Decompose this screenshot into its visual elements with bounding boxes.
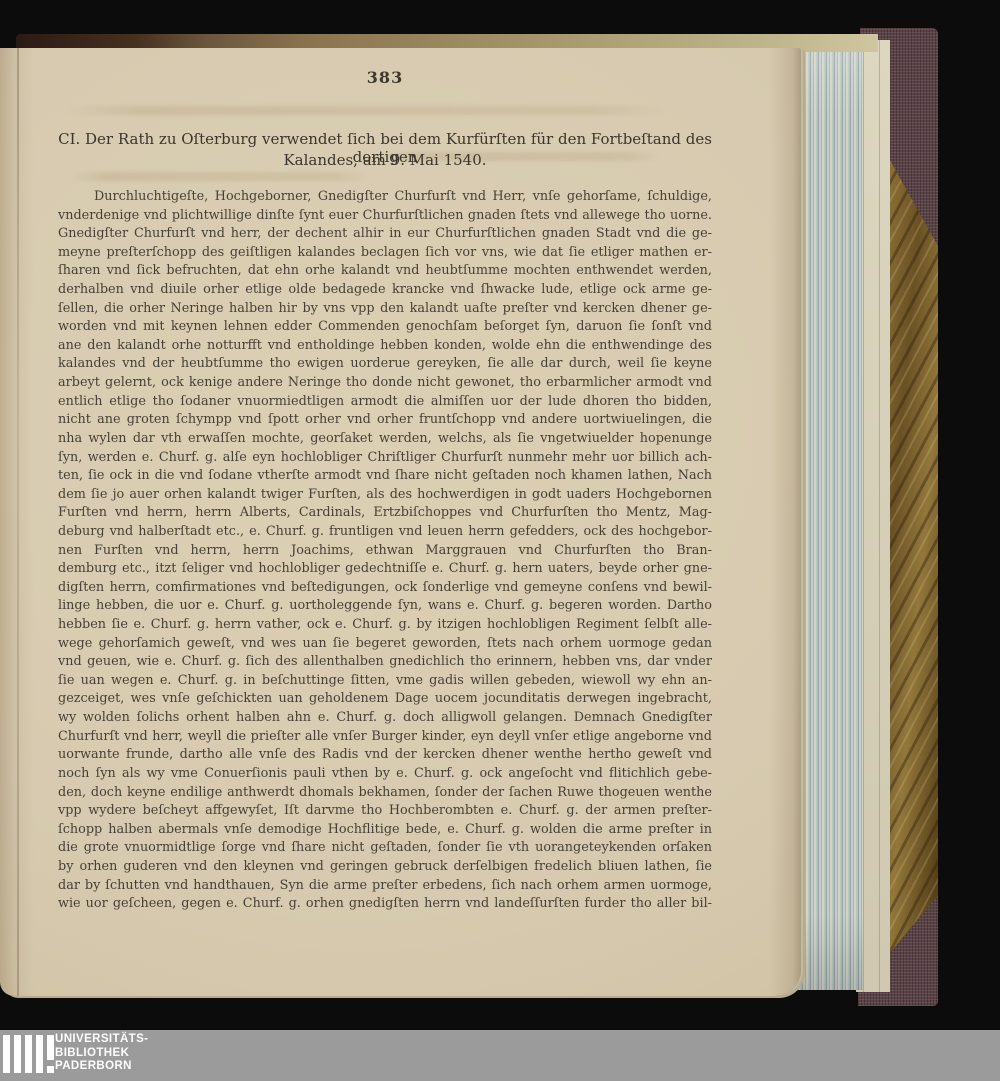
body-line: dem ſie jo auer orhen kalandt twiger Fur… [58, 486, 712, 505]
body-line: uorwante frunde, dartho alle vnſe des Ra… [58, 746, 712, 765]
body-line: ſyn, werden e. Churf. g. alſe eyn hochlo… [58, 449, 712, 468]
page-number: 383 [58, 68, 712, 87]
body-line: den, doch keyne endilige anthwerdt dhoma… [58, 784, 712, 803]
body-line: nen Furſten vnd herrn, herrn Joachims, e… [58, 542, 712, 561]
body-line: nha wylen dar vth erwaſſen mochte, georſ… [58, 430, 712, 449]
university-library-logo [3, 1035, 49, 1076]
body-line: ſharen vnd ſick befruchten, dat ehn orhe… [58, 262, 712, 281]
library-name-line: PADERBORN [55, 1060, 148, 1074]
library-name: UNIVERSITÄTS- BIBLIOTHEK PADERBORN [55, 1033, 148, 1074]
body-line: derhalben vnd diuile orher etlige olde b… [58, 281, 712, 300]
body-line: arbeyt gelernt, ock kenige andere Nering… [58, 374, 712, 393]
document-heading-line2: Kalandes, am 9. Mai 1540. [56, 151, 714, 169]
footer-bar: UNIVERSITÄTS- BIBLIOTHEK PADERBORN [0, 1030, 1000, 1081]
body-line: Furſten vnd herrn, herrn Alberts, Cardin… [58, 504, 712, 523]
body-line: wy wolden ſolichs orhent halben ahn e. C… [58, 709, 712, 728]
body-line: dar by ſchutten vnd handthauen, Syn die … [58, 877, 712, 896]
logo-exclamation-dot-icon [47, 1066, 54, 1073]
body-line: ten, ſie ock in die vnd ſodane vtherſte … [58, 467, 712, 486]
library-name-line: BIBLIOTHEK [55, 1047, 148, 1061]
body-line: meyne preſterſchopp des geiſtligen kalan… [58, 244, 712, 263]
body-line: entlich etlige tho ſodaner vnuormiedtlig… [58, 393, 712, 412]
body-line: ſchopp halben abermals vnſe demodige Hoc… [58, 821, 712, 840]
body-line: ane den kalandt orhe notturfft vnd entho… [58, 337, 712, 356]
logo-exclamation-icon [47, 1035, 54, 1060]
body-line: vpp wydere beſcheyt affgewyſet, Iſt darv… [58, 802, 712, 821]
body-line: by orhen guderen vnd den kleynen vnd ger… [58, 858, 712, 877]
body-line: gezceiget, wes vnſe geſchickten uan geho… [58, 690, 712, 709]
body-line: nicht ane groten ſchympp vnd ſpott orher… [58, 411, 712, 430]
body-line: vnderdenige vnd plichtwillige dinſte ſyn… [58, 207, 712, 226]
body-line: Churfurſt vnd herr, weyll die prieſter a… [58, 728, 712, 747]
body-line: Durchluchtigeſte, Hochgeborner, Gnedigſt… [58, 188, 712, 207]
page-edge-stack [793, 42, 863, 990]
body-line: ſellen, die orher Neringe halben hir by … [58, 300, 712, 319]
body-line: ſie uan wegen e. Churf. g. in beſchuttin… [58, 672, 712, 691]
body-line: wie uor geſcheen, gegen e. Churf. g. orh… [58, 895, 712, 914]
logo-bar-icon [3, 1035, 10, 1073]
body-line: noch ſyn als wy vme Conuerſionis pauli v… [58, 765, 712, 784]
gutter-fold-line [17, 48, 19, 996]
document-body: Durchluchtigeſte, Hochgeborner, Gnedigſt… [58, 188, 712, 914]
body-line: Gnedigſter Churfurſt vnd herr, der deche… [58, 225, 712, 244]
body-line: deburg vnd halberſtadt etc., e. Churf. g… [58, 523, 712, 542]
body-line: linge hebben, die uor e. Churf. g. uorth… [58, 597, 712, 616]
body-line: wege gehorſamich geweſt, vnd wes uan ſie… [58, 635, 712, 654]
logo-bar-icon [25, 1035, 32, 1073]
bleed-through-artifact [70, 172, 370, 181]
body-line: vnd geuen, wie e. Churf. g. ſich des all… [58, 653, 712, 672]
body-line: kalandes vnd der heubtſumme tho ewigen u… [58, 355, 712, 374]
bleed-through-artifact [66, 106, 666, 115]
body-line: hebben ſie e. Churf. g. herrn vather, oc… [58, 616, 712, 635]
library-name-line: UNIVERSITÄTS- [55, 1033, 148, 1047]
logo-bar-icon [14, 1035, 21, 1073]
body-line: die grote vnuormidtlige ſorge vnd ſhare … [58, 839, 712, 858]
body-line: digſten herrn, comfirmationes vnd beſted… [58, 579, 712, 598]
body-line: worden vnd mit keynen lehnen edder Comme… [58, 318, 712, 337]
logo-bar-icon [36, 1035, 43, 1073]
body-line: demburg etc., itzt ſeliger vnd hochlobli… [58, 560, 712, 579]
book-scan-viewport: 383 CI. Der Rath zu Oſterburg verwendet … [0, 0, 1000, 1081]
book-page: 383 CI. Der Rath zu Oſterburg verwendet … [0, 48, 801, 996]
